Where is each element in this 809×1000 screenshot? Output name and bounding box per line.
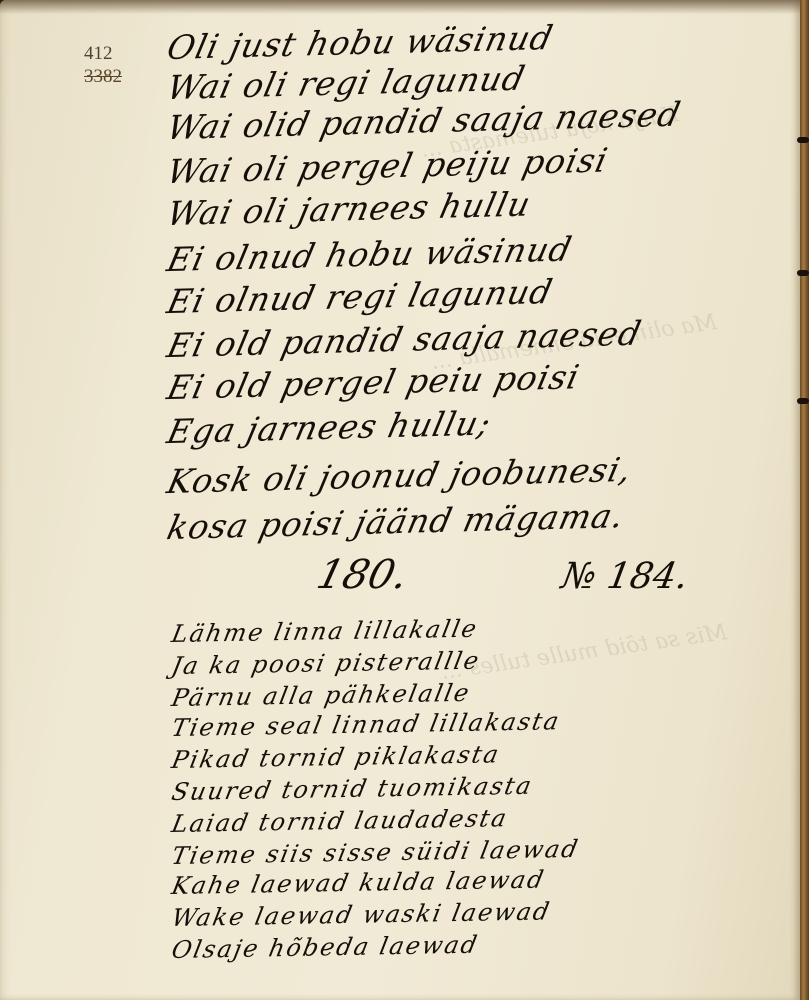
song-2-line: Kahe laewad kulda laewad	[169, 865, 547, 900]
song-1-line: Kosk oli joonud joobunesi,	[164, 450, 636, 501]
song-2-line: Suured tornid tuomikasta	[169, 772, 535, 806]
item-number-right: № 184.	[558, 556, 691, 597]
song-1-line: Ei olnud hobu wäsinud	[164, 229, 576, 279]
item-number-left: 180.	[312, 552, 413, 598]
song-1-line: Ega jarnees hullu;	[164, 403, 495, 451]
song-2-line: Pikad tornid piklakasta	[169, 740, 502, 774]
song-1-line: Wai oli jarnees hullu	[164, 184, 535, 233]
archive-number-current: 412	[84, 43, 113, 64]
binding-stitch	[797, 398, 809, 404]
song-2-line: Tieme siis sisse süidi laewad	[169, 835, 581, 870]
song-2-line: Lähme linna lillakalle	[169, 615, 480, 648]
song-2-line: Tieme seal linnad lillakasta	[169, 707, 563, 742]
archive-number-struck: 3382	[84, 67, 122, 88]
song-2-line: Pärnu alla pähkelalle	[169, 679, 473, 712]
manuscript-page: Karja koju tulemasta ... Ma olin eelä en…	[0, 0, 800, 1000]
song-1-line: Wai oli pergel peiju poisi	[164, 140, 612, 191]
binding-stitch	[797, 137, 809, 143]
song-2-line: Laiad tornid laudadesta	[169, 804, 510, 838]
song-2-line: Wake laewad waski laewad	[169, 897, 553, 932]
song-1-line: Ei olnud regi lagunud	[164, 272, 557, 321]
book-binding	[800, 0, 809, 1000]
binding-stitch	[797, 270, 809, 276]
bleed-through-text: Mis sa tõid mulle tulles ...	[440, 620, 729, 685]
song-1-line: kosa poisi jäänd mägama.	[164, 496, 629, 547]
song-2-line: Ja ka poosi pisterallle	[169, 647, 483, 680]
archive-number: 412 3382	[84, 44, 122, 88]
song-2-line: Olsaje hõbeda laewad	[169, 931, 481, 964]
song-1-line: Ei old pergel peiu poisi	[164, 357, 584, 407]
